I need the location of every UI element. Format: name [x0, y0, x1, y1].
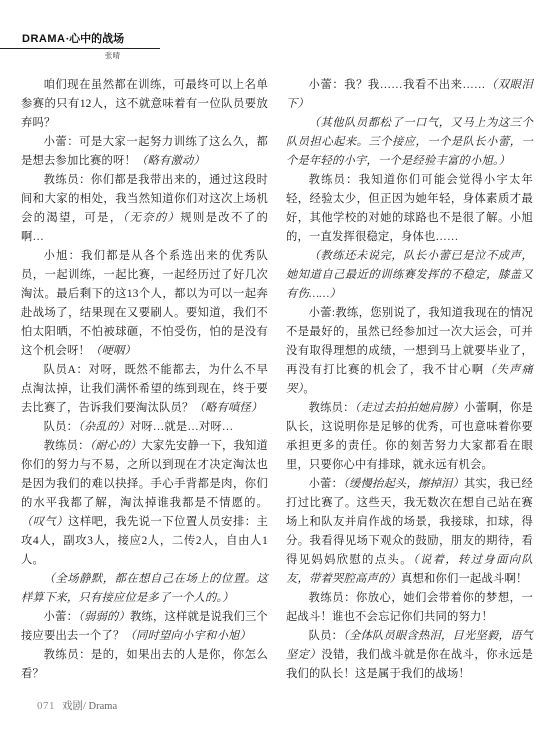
author-name: 张晴: [0, 50, 120, 61]
header-rule: [0, 48, 160, 49]
left-column: 咱们现在虽然都在训练，可最终可以上名单参赛的只有12人，这不就意味着有一位队员要…: [21, 76, 268, 684]
script-paragraph: 队员：（杂乱的）对呀…就是…对呀…: [21, 418, 268, 437]
magazine-brand: DRAMA: [22, 33, 65, 45]
page-header: DRAMA·心中的战场 张晴: [0, 33, 160, 61]
right-column: 小蕾：我？我……我看不出来……（双眼泪下）（其他队员都松了一口气，又马上为这三个…: [286, 76, 533, 684]
script-paragraph: 教练员：（走过去拍拍她肩膀）小蕾啊，你是队长，这说明你是足够的优秀，可也意味着你…: [286, 399, 533, 475]
script-paragraph: 小蕾：我？我……我看不出来……（双眼泪下）: [286, 76, 533, 114]
script-paragraph: 小蕾:教练，您别说了，我知道我现在的情况不是最好的，虽然已经参加过一次大运会，可…: [286, 304, 533, 399]
header-title-row: DRAMA·心中的战场: [0, 33, 160, 46]
script-paragraph: 小蕾：可是大家一起努力训练了这么久，都是想去参加比赛的呀！（略有激动）: [21, 133, 268, 171]
magazine-page: DRAMA·心中的战场 张晴 咱们现在虽然都在训练，可最终可以上名单参赛的只有1…: [0, 0, 547, 751]
page-footer: 071戏剧/ Drama: [37, 698, 117, 713]
script-paragraph: （教练还未说完，队长小蕾已是泣不成声，她知道自己最近的训练赛发挥的不稳定，膝盖又…: [286, 247, 533, 304]
script-paragraph: 教练员：是的，如果出去的人是你，你怎么看？: [21, 646, 268, 684]
script-paragraph: （其他队员都松了一口气，又马上为这三个队员担心起来。三个接应，一个是队长小蕾，一…: [286, 114, 533, 171]
page-number: 071: [37, 700, 55, 712]
section-title: ·心中的战场: [65, 33, 124, 45]
script-paragraph: 小旭：我们都是从各个系选出来的优秀队员，一起训练，一起比赛，一起经历过了好几次淘…: [21, 247, 268, 361]
script-paragraph: 教练员：我知道你们可能会觉得小宇太年轻，经验太少，但正因为她年轻，身体素质才最好…: [286, 171, 533, 247]
script-body: 咱们现在虽然都在训练，可最终可以上名单参赛的只有12人，这不就意味着有一位队员要…: [21, 76, 533, 684]
script-paragraph: 小蕾：（弱弱的）教练，这样就是说我们三个接应要出去一个了？（同时望向小宇和小旭）: [21, 608, 268, 646]
script-paragraph: 队员：（全体队员眼含热泪，目光坚毅，语气坚定）没错，我们战斗就是你在战斗，你永远…: [286, 627, 533, 684]
script-paragraph: 教练员：（耐心的）大家先安静一下，我知道你们的努力与不易，之所以到现在才决定淘汰…: [21, 437, 268, 570]
script-paragraph: 小蕾：（缓慢抬起头，擦掉泪）其实，我已经打过比赛了。这些天，我无数次在想自己站在…: [286, 475, 533, 589]
script-paragraph: 教练员：你放心，她们会带着你的梦想，一起战斗！谁也不会忘记你们共同的努力！: [286, 589, 533, 627]
script-paragraph: 咱们现在虽然都在训练，可最终可以上名单参赛的只有12人，这不就意味着有一位队员要…: [21, 76, 268, 133]
script-paragraph: （全场静默，都在想自己在场上的位置。这样算下来，只有接应位是多了一个人的。）: [21, 570, 268, 608]
script-paragraph: 队员A：对呀，既然不能都去，为什么不早点淘汰掉，让我们满怀希望的练到现在，终于要…: [21, 361, 268, 418]
script-paragraph: 教练员：你们都是我带出来的，通过这段时间和大家的相处，我当然知道你们对这次上场机…: [21, 171, 268, 247]
section-label: 戏剧/ Drama: [62, 701, 117, 712]
